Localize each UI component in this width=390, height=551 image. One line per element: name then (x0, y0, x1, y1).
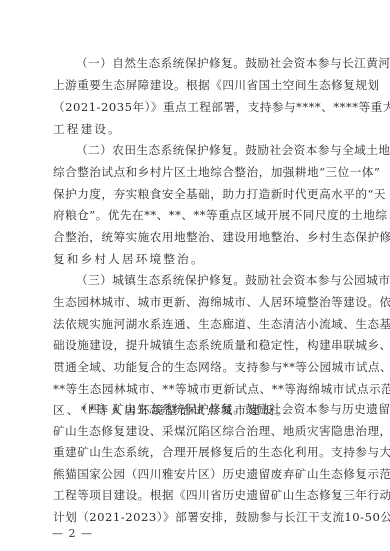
text-line: 矿山生态修复建设、采煤沉陷区综合治理、地质灾害隐患治理， (53, 422, 339, 440)
text-line: 熊猫国家公园（四川雅安片区）历史遗留废弃矿山生态修复示范 (53, 465, 339, 483)
text-line: 综合整治试点和乡村片区土地综合整治，加强耕地“三位一体” (53, 163, 339, 181)
text-line: （一）自然生态系统保护修复。鼓励社会资本参与长江黄河 (76, 54, 339, 72)
text-line: 府粮仓”。优先在**、**、**等重点区域开展不同尺度的土地综 (53, 206, 339, 224)
text-line: 重建矿山生态系统，合理开展修复后的生态化利用。支持参与大 (53, 443, 339, 461)
text-line: 保护力度，夯实粮食安全基础，助力打造新时代更高水平的“天 (53, 185, 339, 203)
text-line: （三）城镇生态系统保护修复。鼓励社会资本参与公园城市、 (76, 271, 339, 289)
text-line: （2021-2035年）》重点工程部署，支持参与****、****等重大 (53, 98, 339, 116)
document-page: （一）自然生态系统保护修复。鼓励社会资本参与长江黄河 上游重要生态屏障建设。根据… (0, 0, 390, 551)
text-line: 础设施建设，提升城镇生态系统质量和稳定性，构建串联城乡、 (53, 336, 339, 354)
text-line: **等生态园林城市、**等城市更新试点、**等海绵城市试点示范 (53, 380, 339, 398)
text-line: 合整治，统筹实施农用地整治、建设用地整治、乡村生态保护修 (53, 228, 339, 246)
text-line: 计划（2021-2023）》部署安排，鼓励参与长江干支流10-50公 (53, 508, 339, 526)
text-line: （二）农田生态系统保护修复。鼓励社会资本参与全域土地 (76, 141, 339, 159)
page-number: — 2 — (52, 526, 93, 542)
text-line: 生态园林城市、城市更新、海绵城市、人居环境整治等建设。依 (53, 293, 339, 311)
text-line: 上游重要生态屏障建设。根据《四川省国土空间生态修复规划 (53, 76, 339, 94)
text-line: 复和乡村人居环境整治。 (53, 250, 339, 268)
text-line: （四）矿山生态系统保护修复。鼓励社会资本参与历史遗留 (76, 400, 339, 418)
text-line: 贯通全域、功能复合的生态网络。支持参与**等公园城市试点、 (53, 358, 339, 376)
text-line: 工程建设。 (53, 120, 339, 138)
text-line: 法依规实施河湖水系连通、生态廊道、生态清洁小流域、生态基 (53, 315, 339, 333)
text-line: 工程等项目建设。根据《四川省历史遗留矿山生态修复三年行动 (53, 486, 339, 504)
